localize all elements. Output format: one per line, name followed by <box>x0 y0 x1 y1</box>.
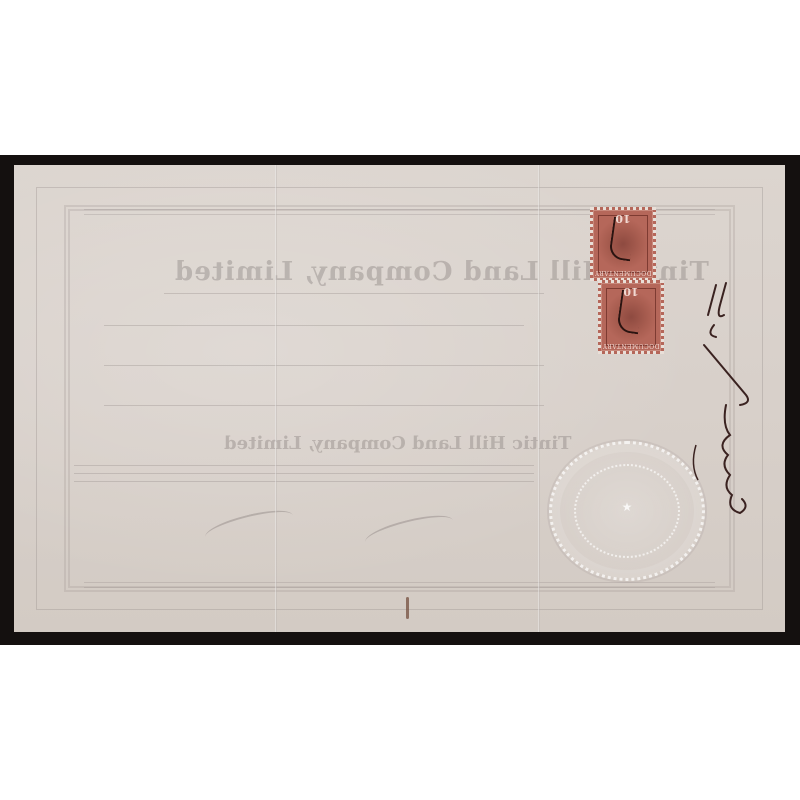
seal-star-icon: ★ <box>552 500 702 514</box>
ghost-rule-bottom <box>84 582 715 588</box>
revenue-stamp-top: 10 DOCUMENTARY <box>590 207 656 281</box>
ghost-text-line <box>74 473 534 474</box>
fold-crease <box>275 165 277 632</box>
ink-stain <box>406 597 409 619</box>
certificate-paper: Tintic Hill Land Company, Limited Tintic… <box>14 165 785 632</box>
stamp-label: DOCUMENTARY <box>601 342 661 349</box>
fold-crease <box>538 165 540 632</box>
handwritten-signature <box>686 275 776 525</box>
embossed-seal: ★ <box>549 441 705 581</box>
ghost-line <box>104 365 544 366</box>
ghost-line <box>104 325 524 326</box>
ghost-line <box>164 293 544 294</box>
revenue-stamp-bottom: 10 DOCUMENTARY <box>598 280 664 354</box>
stamp-label: DOCUMENTARY <box>593 269 653 276</box>
ghost-line <box>104 405 544 406</box>
ghost-text-line <box>74 465 534 466</box>
ghost-text-line <box>74 481 534 482</box>
